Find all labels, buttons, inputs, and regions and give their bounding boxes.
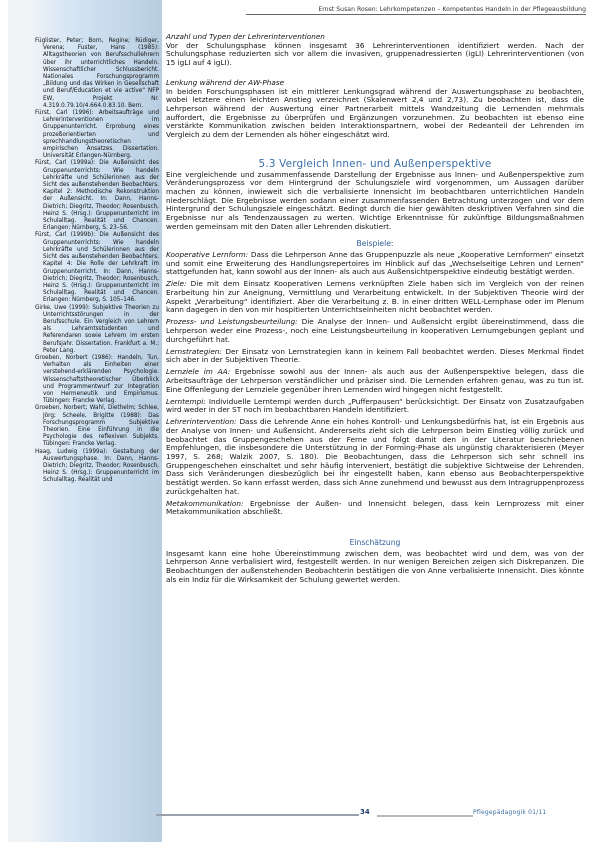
examples-heading: Beispiele: [166, 240, 584, 249]
footer-rule-left [156, 814, 359, 816]
example-lead: Lernstrategien: [166, 347, 222, 356]
paragraph-guidance: In beiden Forschungsphasen ist ein mittl… [166, 88, 584, 140]
journal-name: Pflegepädagogik 01/11 [473, 809, 546, 816]
reference-item: Füglister, Peter; Born, Regine; Rüdiger,… [35, 38, 159, 110]
reference-item: Fürst, Carl (1996): Arbeitsaufträge und … [35, 110, 159, 160]
example-lead: Metakommunikation: [166, 499, 243, 508]
reference-item: Fürst, Carl (1999a): Die Außensicht des … [35, 160, 159, 232]
example-item: Kooperative Lernform: Dass die Lehrperso… [166, 251, 584, 277]
example-lead: Lernziele im AA: [166, 367, 230, 376]
example-lead: Lerntempi: [166, 397, 206, 406]
example-item: Lernziele im AA: Ergebnisse sowohl aus d… [166, 368, 584, 394]
example-item: Lernstrategien: Der Einsatz von Lernstra… [166, 348, 584, 365]
example-item: Lehrerintervention: Dass die Lehrende An… [166, 418, 584, 496]
reference-list: Füglister, Peter; Born, Regine; Rüdiger,… [35, 38, 159, 485]
example-item: Prozess- und Leistungsbeurteilung: Die A… [166, 318, 584, 344]
sidebar: Füglister, Peter; Born, Regine; Rüdiger,… [8, 0, 155, 842]
section-title: 5.3 Vergleich Innen- und Außenperspektiv… [166, 158, 584, 171]
paragraph-interventions: Vor der Schulungsphase können insgesamt … [166, 42, 584, 68]
main-content: Anzahl und Typen der Lehrerinterventione… [166, 33, 584, 588]
reference-item: Haag, Ludwig (1999a): Gestaltung der Aus… [35, 449, 159, 485]
example-lead: Lehrerintervention: [166, 417, 237, 426]
footer-rule-right [377, 815, 473, 817]
reference-item: Fürst, Carl (1999b): Die Außensicht des … [35, 232, 159, 304]
example-item: Ziele: Die mit dem Einsatz Kooperativen … [166, 280, 584, 315]
example-item: Metakommunikation: Ergebnisse der Außen-… [166, 500, 584, 517]
reference-item: Girke, Uwe (1999): Subjektive Theorien z… [35, 305, 159, 355]
assessment-heading: Einschätzung [166, 539, 584, 548]
example-lead: Kooperative Lernform: [166, 250, 248, 259]
example-lead: Ziele: [166, 279, 187, 288]
reference-item: Groeben, Norbert (1986): Handeln, Tun, V… [35, 355, 159, 405]
paragraph-assessment: Insgesamt kann eine hohe Übereinstimmung… [166, 550, 584, 585]
paragraph-section-intro: Eine vergleichende und zusammenfassende … [166, 171, 584, 232]
reference-item: Groeben, Norbert; Wahl, Diethelm; Schlee… [35, 405, 159, 448]
page-number: 34 [360, 808, 370, 816]
example-lead: Prozess- und Leistungsbeurteilung: [166, 317, 298, 326]
example-item: Lerntempi: Individuelle Lerntempi werden… [166, 398, 584, 415]
running-header: Ernst Susan Rosen: Lehrkompetenzen – Kom… [246, 6, 586, 15]
